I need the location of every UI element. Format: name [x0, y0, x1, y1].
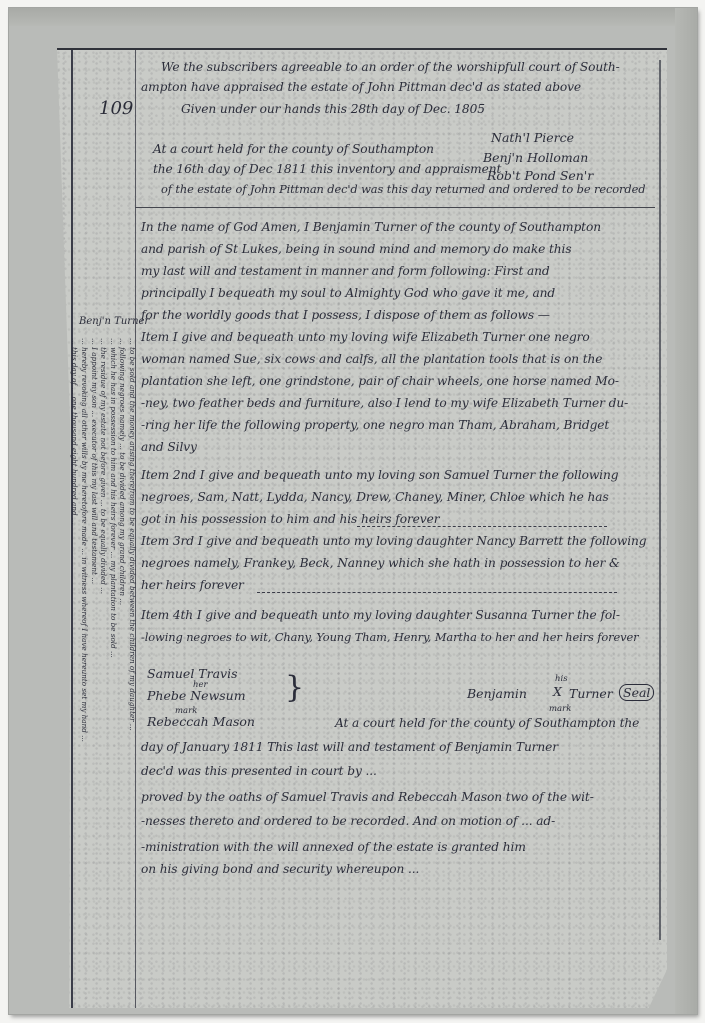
will-line: and parish of St Lukes, being in sound m… — [141, 242, 572, 256]
document-page: 109 We the subscribers agreeable to an o… — [57, 48, 667, 1008]
margin-annotation-text: ... to be sold and the money arising the… — [70, 338, 137, 998]
probate-line: day of January 1811 This last will and t… — [141, 740, 558, 754]
signature-mark-icon: X — [553, 684, 562, 699]
will-line: principally I bequeath my soul to Almigh… — [141, 286, 555, 300]
certificate-line: ampton have appraised the estate of John… — [141, 80, 581, 94]
will-line: -ring her life the following property, o… — [141, 418, 609, 432]
probate-line: on his giving bond and security whereupo… — [141, 862, 419, 876]
probate-line: -ministration with the will annexed of t… — [141, 840, 526, 854]
probate-line: At a court held for the county of Southa… — [335, 716, 639, 730]
court-record-line: At a court held for the county of Southa… — [153, 142, 434, 156]
probate-line: dec'd was this presented in court by ... — [141, 764, 377, 778]
will-line: got in his possession to him and his hei… — [141, 512, 439, 526]
frame-top-shadow — [9, 8, 697, 26]
photo-frame: 109 We the subscribers agreeable to an o… — [9, 8, 697, 1014]
certificate-line: We the subscribers agreeable to an order… — [161, 60, 620, 74]
will-line: Item 3rd I give and bequeath unto my lov… — [141, 534, 647, 548]
margin-annotation: Benj'n Turner ... to be sold and the mon… — [75, 310, 149, 1000]
margin-annotation-title: Benj'n Turner — [79, 316, 149, 327]
will-line: and Silvy — [141, 440, 197, 454]
will-line: Item I give and bequeath unto my loving … — [141, 330, 590, 344]
line-filler — [257, 592, 617, 593]
will-line: -ney, two feather beds and furniture, al… — [141, 396, 628, 410]
will-line: In the name of God Amen, I Benjamin Turn… — [141, 220, 601, 234]
right-margin-rule — [659, 60, 661, 940]
margin-line: ... this day of ... one thousand eight h… — [70, 338, 80, 998]
margin-line: ... following negroes namely ... to be d… — [118, 338, 128, 998]
will-line: negroes, Sam, Natt, Lydda, Nancy, Drew, … — [141, 490, 609, 504]
will-line: -lowing negroes to wit, Chany, Young Tha… — [141, 630, 638, 644]
probate-line: -nesses thereto and ordered to be record… — [141, 814, 555, 828]
will-line: Item 4th I give and bequeath unto my lov… — [141, 608, 620, 622]
will-line: her heirs forever — [141, 578, 244, 592]
signature-mark-label: mark — [549, 704, 571, 714]
appraiser-signature: Nath'l Pierce — [491, 130, 574, 145]
will-line: plantation she left, one grindstone, pai… — [141, 374, 619, 388]
witness-name: Rebeccah Mason — [147, 714, 255, 729]
margin-line: ... I appoint my son ... executor of thi… — [89, 338, 99, 998]
will-line: my last will and testament in manner and… — [141, 264, 550, 278]
margin-line: ... which he has in possession to him an… — [108, 338, 118, 998]
seal-icon: Seal — [619, 684, 654, 701]
probate-line: proved by the oaths of Samuel Travis and… — [141, 790, 594, 804]
margin-line: ... to be sold and the money arising the… — [127, 338, 137, 998]
court-record-line: of the estate of John Pittman dec'd was … — [161, 182, 645, 196]
court-record-line: the 16th day of Dec 1811 this inventory … — [153, 162, 501, 176]
will-line: negroes namely, Frankey, Beck, Nanney wh… — [141, 556, 620, 570]
witness-name: Phebe Newsum — [147, 688, 246, 703]
appraiser-signature: Rob't Pond Sen'r — [487, 168, 593, 183]
page-number: 109 — [99, 98, 133, 119]
will-line: Item 2nd I give and bequeath unto my lov… — [141, 468, 618, 482]
witness-name: Samuel Travis — [147, 666, 238, 681]
line-filler — [357, 526, 607, 527]
frame-right-shadow — [675, 8, 697, 1014]
signature-last-name: Turner — [569, 686, 613, 701]
margin-line: ... hereby revoking all other wills by m… — [79, 338, 89, 998]
signature-first-name: Benjamin — [467, 686, 527, 701]
will-line: for the worldly goods that I possess, I … — [141, 308, 550, 322]
margin-line: ... the residue of my estate not before … — [99, 338, 109, 998]
signature-his-label: his — [555, 674, 568, 684]
section-divider — [135, 207, 655, 208]
witness-brace-icon: } — [285, 670, 304, 705]
certificate-line: Given under our hands this 28th day of D… — [181, 102, 485, 116]
witness-mark-label: her — [193, 680, 208, 690]
will-line: woman named Sue, six cows and calfs, all… — [141, 352, 602, 366]
